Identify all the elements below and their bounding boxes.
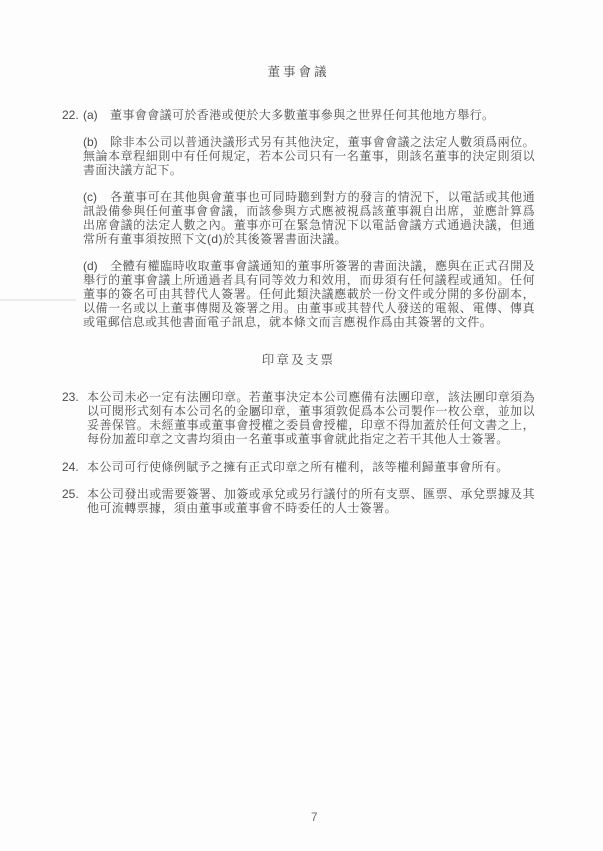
item-22d-paragraph: (d)全體有權臨時收取董事會議通知的董事所簽署的書面決議，應與在正式召開及舉行的… [83,259,535,329]
item-22c-marker: (c) [83,190,103,204]
document-page: 董事會議 22. (a)董事會會議可於香港或便於大多數董事參與之世界任何其他地方… [0,0,603,851]
section-title-seal-and-cheques: 印章及支票 [62,352,535,368]
item-22a-paragraph: (a)董事會會議可於香港或便於大多數董事參與之世界任何其他地方舉行。 [83,108,535,122]
section-title-board-meetings: 董事會議 [62,64,535,80]
list-item-22: 22. (a)董事會會議可於香港或便於大多數董事參與之世界任何其他地方舉行。 (… [62,108,535,329]
item-23-number: 23. [62,390,87,446]
list-item-24: 24. 本公司可行使條例賦予之擁有正式印章之所有權利，該等權利歸董事會所有。 [62,460,535,474]
item-22b-paragraph: (b)除非本公司以普通決議形式另有其他決定，董事會會議之法定人數須爲兩位。無論本… [83,135,535,177]
item-22b-marker: (b) [83,135,103,149]
item-22c-paragraph: (c)各董事可在其他與會董事也可同時聽到對方的發言的情況下，以電話或其他通訊設備… [83,190,535,246]
list-item-23: 23. 本公司未必一定有法團印章。若董事決定本公司應備有法團印章，該法團印章須為… [62,390,535,446]
item-22a-marker: (a) [83,108,103,122]
item-22a-text: 董事會會議可於香港或便於大多數董事參與之世界任何其他地方舉行。 [110,108,494,122]
item-24-body: 本公司可行使條例賦予之擁有正式印章之所有權利，該等權利歸董事會所有。 [87,460,535,474]
item-25-body: 本公司發出或需要簽署、加簽或承兌或另行議付的所有支票、匯票、承兌票據及其他可流轉… [87,487,535,515]
item-23-body: 本公司未必一定有法團印章。若董事決定本公司應備有法團印章，該法團印章須為以可閱形… [87,390,535,446]
scan-artifact-line [0,299,76,301]
item-22d-text: 全體有權臨時收取董事會議通知的董事所簽署的書面決議，應與在正式召開及舉行的董事會… [83,259,535,329]
item-22d-marker: (d) [83,259,103,273]
document-content: 董事會議 22. (a)董事會會議可於香港或便於大多數董事參與之世界任何其他地方… [62,64,535,515]
item-24-number: 24. [62,460,87,474]
item-25-text: 本公司發出或需要簽署、加簽或承兌或另行議付的所有支票、匯票、承兌票據及其他可流轉… [87,487,535,515]
item-22-body: (a)董事會會議可於香港或便於大多數董事參與之世界任何其他地方舉行。 (b)除非… [83,108,535,329]
item-24-text: 本公司可行使條例賦予之擁有正式印章之所有權利，該等權利歸董事會所有。 [87,460,535,474]
list-item-25: 25. 本公司發出或需要簽署、加簽或承兌或另行議付的所有支票、匯票、承兌票據及其… [62,487,535,515]
item-22b-text: 除非本公司以普通決議形式另有其他決定，董事會會議之法定人數須爲兩位。無論本章程細… [83,135,535,177]
page-number: 7 [311,812,317,825]
item-22-number: 22. [62,108,83,329]
item-22c-text: 各董事可在其他與會董事也可同時聽到對方的發言的情況下，以電話或其他通訊設備參與任… [83,190,535,246]
item-25-number: 25. [62,487,87,515]
item-23-text: 本公司未必一定有法團印章。若董事決定本公司應備有法團印章，該法團印章須為以可閱形… [87,390,535,446]
